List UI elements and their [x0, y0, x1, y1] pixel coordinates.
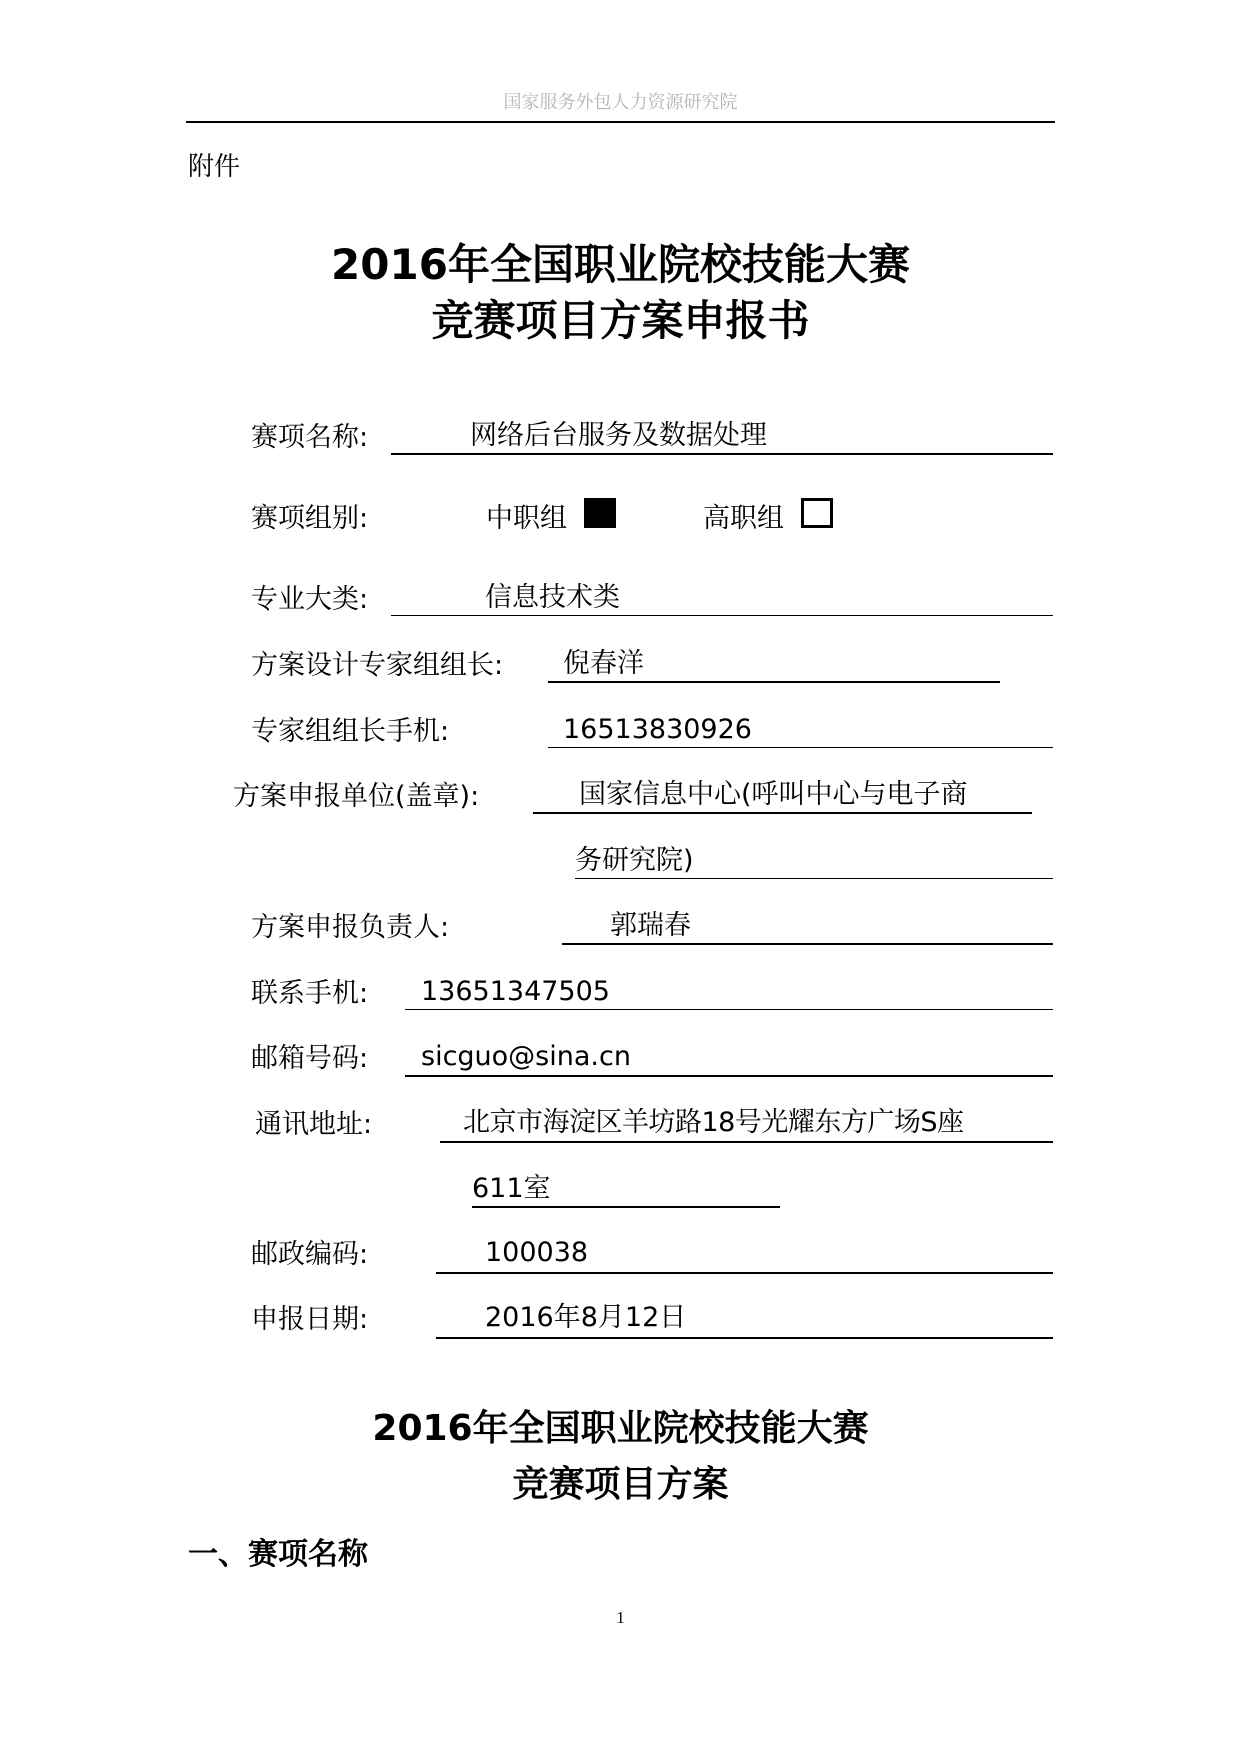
expert-leader-underline — [548, 681, 1000, 683]
applicant-unit-value-line1: 国家信息中心(呼叫中心与电子商 — [579, 779, 968, 811]
cover-title-line2: 竞赛项目方案申报书 — [0, 298, 1241, 344]
header-divider — [186, 121, 1055, 123]
attachment-label: 附件 — [188, 152, 240, 182]
group-option-secondary-checkbox[interactable] — [584, 498, 616, 528]
applicant-unit-underline-1 — [533, 812, 1032, 814]
address-label: 通讯地址: — [255, 1109, 372, 1141]
postcode-underline — [436, 1272, 1053, 1274]
page-header-organization: 国家服务外包人力资源研究院 — [0, 92, 1241, 114]
email-underline — [405, 1075, 1053, 1077]
apply-date-value: 2016年8月12日 — [485, 1302, 686, 1334]
major-category-label: 专业大类: — [251, 584, 368, 616]
email-value: sicguo@sina.cn — [421, 1041, 631, 1073]
major-category-underline — [391, 615, 1053, 616]
apply-date-underline — [436, 1337, 1053, 1339]
applicant-person-underline — [562, 943, 1053, 945]
applicant-unit-value-line2: 务研究院) — [575, 845, 694, 877]
expert-leader-label: 方案设计专家组组长: — [251, 650, 503, 682]
applicant-person-label: 方案申报负责人: — [251, 912, 449, 944]
contact-phone-underline — [405, 1009, 1053, 1010]
address-value-line1: 北京市海淀区羊坊路18号光耀东方广场S座 — [463, 1107, 964, 1139]
section-heading-event-name: 一、赛项名称 — [188, 1538, 368, 1572]
expert-leader-value: 倪春洋 — [563, 648, 644, 680]
postcode-label: 邮政编码: — [251, 1239, 368, 1271]
group-option-higher-label: 高职组 — [703, 503, 784, 535]
expert-leader-phone-label: 专家组组长手机: — [251, 716, 449, 748]
address-underline-2 — [472, 1206, 780, 1208]
major-category-value: 信息技术类 — [485, 582, 620, 614]
apply-date-label: 申报日期: — [251, 1304, 368, 1336]
expert-leader-phone-value: 16513830926 — [563, 714, 752, 746]
plan-title-line1: 2016年全国职业院校技能大赛 — [0, 1409, 1241, 1449]
contact-phone-label: 联系手机: — [251, 978, 368, 1010]
event-name-label: 赛项名称: — [251, 422, 368, 454]
plan-title-line2: 竞赛项目方案 — [0, 1465, 1241, 1505]
cover-title-line1: 2016年全国职业院校技能大赛 — [0, 242, 1241, 288]
event-group-label: 赛项组别: — [251, 503, 368, 535]
contact-phone-value: 13651347505 — [421, 976, 610, 1008]
event-name-value: 网络后台服务及数据处理 — [470, 420, 767, 452]
applicant-person-value: 郭瑞春 — [610, 910, 691, 942]
postcode-value: 100038 — [485, 1237, 588, 1269]
group-option-secondary-label: 中职组 — [486, 503, 567, 535]
applicant-unit-label: 方案申报单位(盖章): — [233, 781, 479, 813]
page-number: 1 — [0, 1608, 1241, 1628]
applicant-unit-underline-2 — [575, 878, 1053, 879]
email-label: 邮箱号码: — [251, 1043, 368, 1075]
address-value-line2: 611室 — [472, 1173, 551, 1205]
address-underline-1 — [440, 1141, 1053, 1143]
group-option-higher-checkbox[interactable] — [801, 498, 833, 528]
expert-leader-phone-underline — [548, 747, 1053, 748]
event-name-underline — [391, 453, 1053, 455]
